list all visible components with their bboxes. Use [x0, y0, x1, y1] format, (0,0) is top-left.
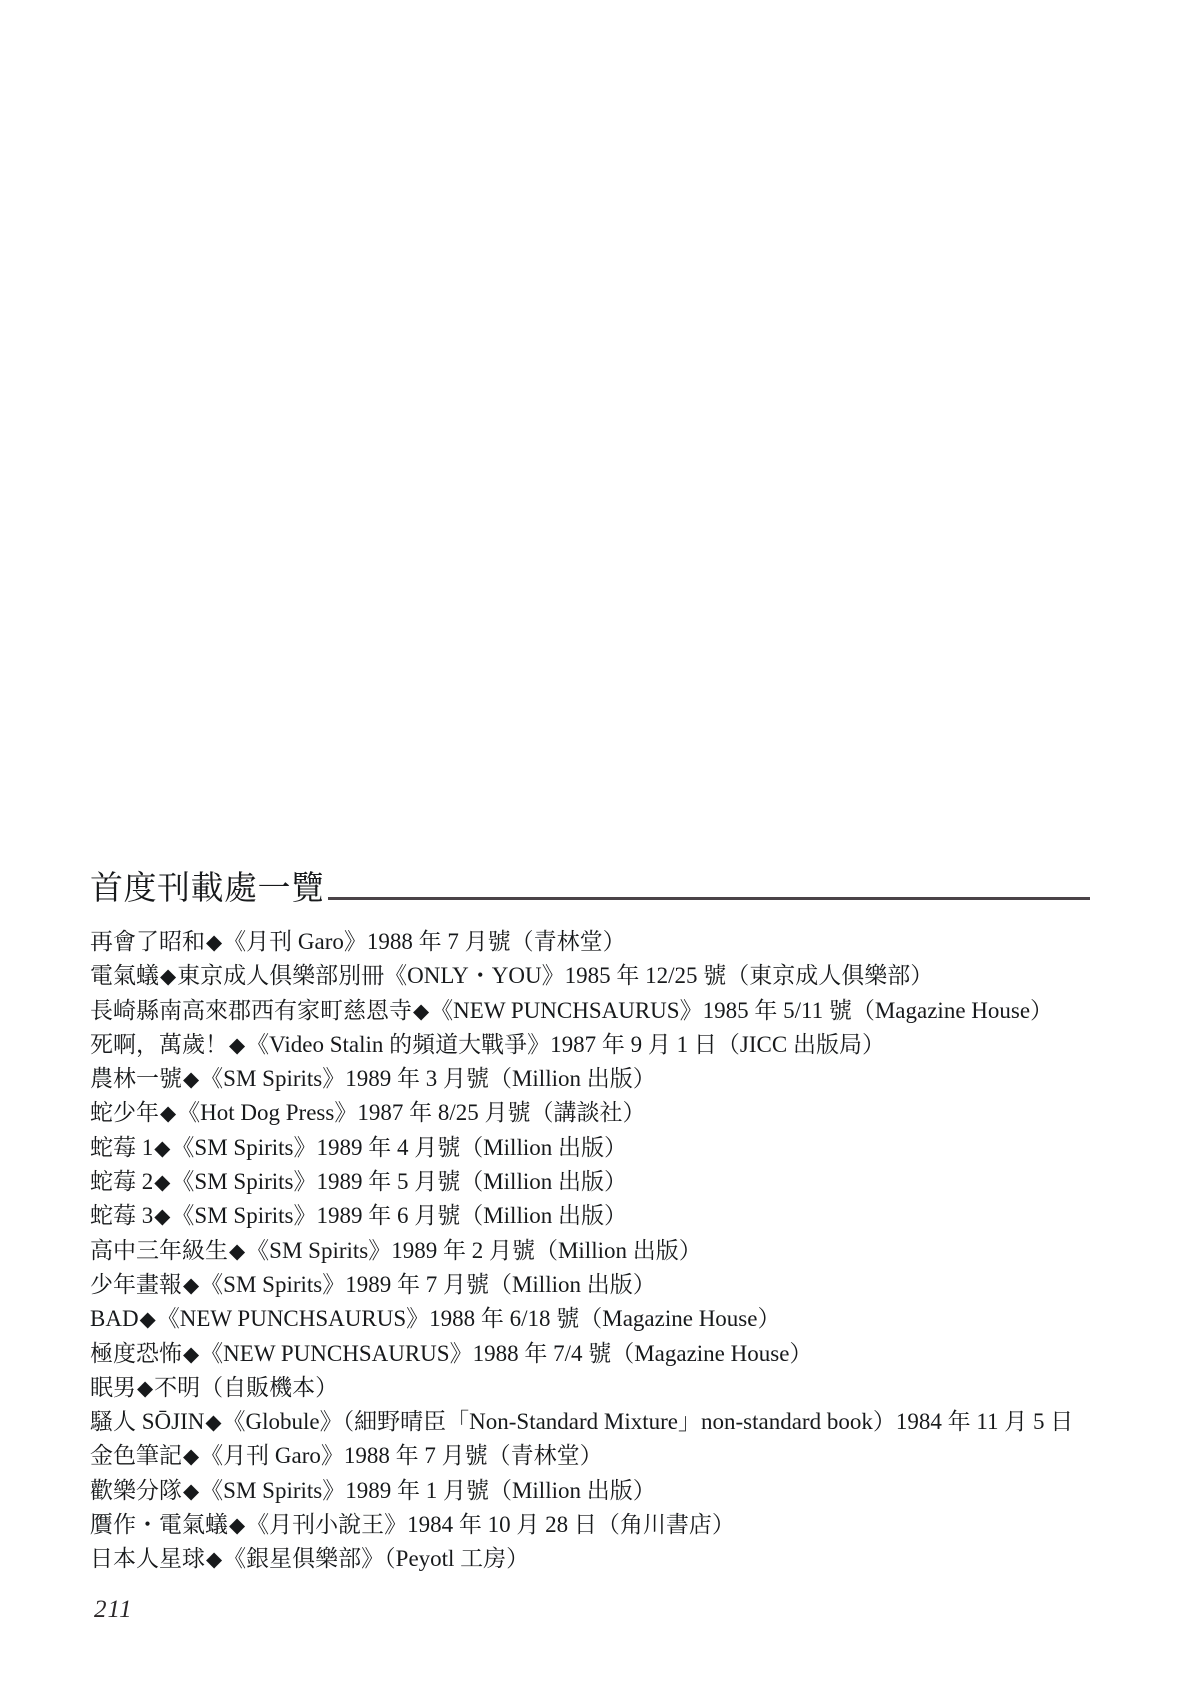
- entry-work-title: 農林一號: [90, 1066, 182, 1091]
- page-number: 211: [94, 1596, 133, 1624]
- diamond-separator-icon: ◆: [153, 1136, 171, 1160]
- entry-publication: 《NEW PUNCHSAURUS》1988 年 7/4 號（Magazine H…: [200, 1341, 812, 1366]
- entry-work-title: 電氣蟻: [90, 963, 159, 988]
- entry-publication: 《Hot Dog Press》1987 年 8/25 月號（講談社）: [177, 1100, 645, 1125]
- entry-publication: 《NEW PUNCHSAURUS》1985 年 5/11 號（Magazine …: [430, 998, 1053, 1023]
- diamond-separator-icon: ◆: [205, 1547, 223, 1571]
- diamond-separator-icon: ◆: [153, 1170, 171, 1194]
- entry-work-title: 騷人 SŌJIN: [90, 1409, 204, 1434]
- diamond-separator-icon: ◆: [412, 999, 430, 1023]
- entry-publication: 《SM Spirits》1989 年 1 月號（Million 出版）: [200, 1478, 656, 1503]
- entry-work-title: 眠男: [90, 1375, 136, 1400]
- diamond-separator-icon: ◆: [182, 1342, 200, 1366]
- book-page: 首度刊載處一覽 再會了昭和◆《月刊 Garo》1988 年 7 月號（青林堂） …: [0, 0, 1200, 1703]
- list-item: 高中三年級生◆《SM Spirits》1989 年 2 月號（Million 出…: [90, 1234, 1170, 1268]
- entry-publication: 不明（自販機本）: [154, 1375, 338, 1400]
- diamond-separator-icon: ◆: [204, 1410, 222, 1434]
- list-item: 贋作・電氣蟻◆《月刊小說王》1984 年 10 月 28 日（角川書店）: [90, 1508, 1170, 1542]
- entry-publication: 《SM Spirits》1989 年 4 月號（Million 出版）: [171, 1135, 627, 1160]
- list-item: 電氣蟻◆東京成人俱樂部別冊《ONLY・YOU》1985 年 12/25 號（東京…: [90, 959, 1170, 993]
- entry-publication: 《SM Spirits》1989 年 2 月號（Million 出版）: [246, 1238, 702, 1263]
- list-item: 蛇莓 1◆《SM Spirits》1989 年 4 月號（Million 出版）: [90, 1131, 1170, 1165]
- entry-work-title: 蛇少年: [90, 1100, 159, 1125]
- entry-work-title: 少年畫報: [90, 1272, 182, 1297]
- entry-publication: 《Video Stalin 的頻道大戰爭》1987 年 9 月 1 日（JICC…: [246, 1032, 885, 1057]
- diamond-separator-icon: ◆: [228, 1239, 246, 1263]
- diamond-separator-icon: ◆: [182, 1273, 200, 1297]
- entry-publication: 《Globule》（細野晴臣「Non-Standard Mixture」non-…: [223, 1409, 1074, 1434]
- entry-work-title: 蛇莓 2: [90, 1169, 153, 1194]
- entry-work-title: 日本人星球: [90, 1546, 205, 1571]
- list-item: BAD◆《NEW PUNCHSAURUS》1988 年 6/18 號（Magaz…: [90, 1302, 1170, 1336]
- diamond-separator-icon: ◆: [182, 1067, 200, 1091]
- list-item: 騷人 SŌJIN◆《Globule》（細野晴臣「Non-Standard Mix…: [90, 1405, 1170, 1439]
- page-title: 首度刊載處一覽: [90, 869, 325, 909]
- diamond-separator-icon: ◆: [182, 1479, 200, 1503]
- list-item: 歡樂分隊◆《SM Spirits》1989 年 1 月號（Million 出版）: [90, 1474, 1170, 1508]
- diamond-separator-icon: ◆: [139, 1307, 157, 1331]
- entry-work-title: 死啊，萬歲！: [90, 1032, 228, 1057]
- list-item: 蛇莓 2◆《SM Spirits》1989 年 5 月號（Million 出版）: [90, 1165, 1170, 1199]
- list-item: 極度恐怖◆《NEW PUNCHSAURUS》1988 年 7/4 號（Magaz…: [90, 1337, 1170, 1371]
- list-item: 金色筆記◆《月刊 Garo》1988 年 7 月號（青林堂）: [90, 1439, 1170, 1473]
- publication-list: 再會了昭和◆《月刊 Garo》1988 年 7 月號（青林堂） 電氣蟻◆東京成人…: [90, 925, 1170, 1577]
- entry-work-title: 再會了昭和: [90, 929, 205, 954]
- entry-publication: 《月刊 Garo》1988 年 7 月號（青林堂）: [200, 1443, 602, 1468]
- entry-work-title: 長崎縣南高來郡西有家町慈恩寺: [90, 998, 412, 1023]
- entry-work-title: 贋作・電氣蟻: [90, 1512, 228, 1537]
- heading-rule-line: [328, 897, 1091, 900]
- list-item: 日本人星球◆《銀星俱樂部》（Peyotl 工房）: [90, 1542, 1170, 1576]
- entry-publication: 東京成人俱樂部別冊《ONLY・YOU》1985 年 12/25 號（東京成人俱樂…: [177, 963, 933, 988]
- diamond-separator-icon: ◆: [205, 930, 223, 954]
- diamond-separator-icon: ◆: [228, 1033, 246, 1057]
- entry-publication: 《月刊小說王》1984 年 10 月 28 日（角川書店）: [246, 1512, 735, 1537]
- entry-publication: 《NEW PUNCHSAURUS》1988 年 6/18 號（Magazine …: [157, 1306, 781, 1331]
- entry-work-title: 金色筆記: [90, 1443, 182, 1468]
- entry-publication: 《銀星俱樂部》（Peyotl 工房）: [223, 1546, 529, 1571]
- list-item: 少年畫報◆《SM Spirits》1989 年 7 月號（Million 出版）: [90, 1268, 1170, 1302]
- diamond-separator-icon: ◆: [153, 1204, 171, 1228]
- entry-work-title: BAD: [90, 1306, 139, 1331]
- list-item: 眠男◆不明（自販機本）: [90, 1371, 1170, 1405]
- diamond-separator-icon: ◆: [159, 1101, 177, 1125]
- entry-work-title: 蛇莓 3: [90, 1203, 153, 1228]
- entry-work-title: 極度恐怖: [90, 1341, 182, 1366]
- diamond-separator-icon: ◆: [228, 1513, 246, 1537]
- list-item: 再會了昭和◆《月刊 Garo》1988 年 7 月號（青林堂）: [90, 925, 1170, 959]
- list-item: 蛇莓 3◆《SM Spirits》1989 年 6 月號（Million 出版）: [90, 1199, 1170, 1233]
- entry-publication: 《SM Spirits》1989 年 7 月號（Million 出版）: [200, 1272, 656, 1297]
- entry-work-title: 蛇莓 1: [90, 1135, 153, 1160]
- entry-work-title: 歡樂分隊: [90, 1478, 182, 1503]
- list-item: 長崎縣南高來郡西有家町慈恩寺◆《NEW PUNCHSAURUS》1985 年 5…: [90, 994, 1170, 1028]
- entry-publication: 《月刊 Garo》1988 年 7 月號（青林堂）: [223, 929, 625, 954]
- section-heading: 首度刊載處一覽: [90, 869, 1090, 909]
- entry-publication: 《SM Spirits》1989 年 5 月號（Million 出版）: [171, 1169, 627, 1194]
- entry-publication: 《SM Spirits》1989 年 6 月號（Million 出版）: [171, 1203, 627, 1228]
- diamond-separator-icon: ◆: [182, 1444, 200, 1468]
- diamond-separator-icon: ◆: [159, 964, 177, 988]
- entry-work-title: 高中三年級生: [90, 1238, 228, 1263]
- list-item: 蛇少年◆《Hot Dog Press》1987 年 8/25 月號（講談社）: [90, 1096, 1170, 1130]
- list-item: 死啊，萬歲！◆《Video Stalin 的頻道大戰爭》1987 年 9 月 1…: [90, 1028, 1170, 1062]
- diamond-separator-icon: ◆: [136, 1376, 154, 1400]
- list-item: 農林一號◆《SM Spirits》1989 年 3 月號（Million 出版）: [90, 1062, 1170, 1096]
- entry-publication: 《SM Spirits》1989 年 3 月號（Million 出版）: [200, 1066, 656, 1091]
